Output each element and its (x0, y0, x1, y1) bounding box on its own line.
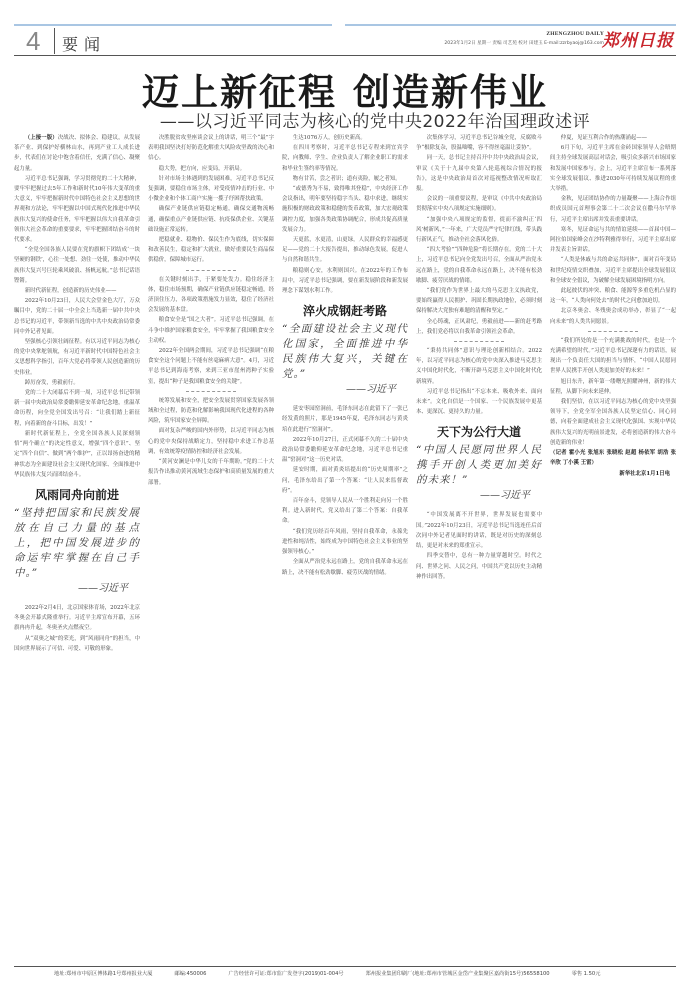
footer-postcode: 邮编:450006 (174, 970, 206, 977)
paragraph: 我们坚信，在以习近平同志为核心的党中央坚强领导下，全党全军全国各族人民坚定信心、… (550, 397, 676, 448)
paragraph: 党的二十大闭幕后不到一周，习近平总书记带领新一届中央政治局常委瞻仰延安革命纪念地… (14, 388, 140, 429)
page-number: 4 (26, 26, 40, 56)
pull-quote: “全面建设社会主义现代化国家，全面推进中华民族伟大复兴，关键在党。” (282, 322, 408, 382)
section-title: 天下为公行大道 (416, 421, 542, 443)
paragraph: 新时代新征程上，全党全国各族人民深刻领悟“两个确立”的决定性意义，增强“四个意识… (14, 429, 140, 480)
paragraph: “全党全国各族人民要在党的旗帜下团结成‘一块坚硬的钢铁’，心往一处想、劲往一处使… (14, 245, 140, 286)
column-5: 仲夏，见证互利合作的热潮涌起—— 6月下旬，习近平主席在金砖国家领导人会晤期间主… (550, 133, 676, 963)
masthead-meta: 2023年1月2日 星期一 责编 司艺苑 校对 田建玉 E-mail:zzrby… (444, 40, 604, 46)
paragraph: 粮稳则心安，水利则国兴。在2022年的工作布局中，习近平总书记强调，要在新发展阶… (282, 266, 408, 297)
paragraph: 生达1076万人，创历史新高。 (282, 133, 408, 143)
paragraph: 寒冬，见证命运与共的情谊延续——首届中国—阿拉伯国家峰会在沙特利雅得举行，习近平… (550, 225, 676, 256)
reporter-byline: （记者 霍小光 张旭东 张晓松 赵超 杨依军 胡浩 张辛欣 丁小溪 王雷） (550, 448, 676, 468)
section-separator (148, 387, 274, 396)
column-3: 生达1076万人，创历史新高。 在四川考察时，习近平总书记专程来到宜宾学院，向教… (282, 133, 408, 963)
paragraph: 在关键时刻出手，于紧要处发力。稳住经济主体，稳住市场预期，确保产业链供应链稳定畅… (148, 275, 274, 316)
footer-printer: 郑州报业集团印刷厂(地址:郑州市管城区金岱产业集聚区嘉尚街15号)5655810… (366, 970, 550, 977)
paragraph: 金秋，见证团结协作的力量凝聚——上海合作组织成员国元首理事会第二十二次会议在撒马… (550, 194, 676, 225)
paragraph: 物有甘苦，尝之者识；道有夷险，履之者知。 (282, 174, 408, 184)
paragraph: 从“双奥之城”的荣光，到“风雨同舟”的担当，中国向世界展示了可信、可爱、可敬的形… (14, 634, 140, 654)
footer-price: 零售 1.50元 (572, 970, 601, 977)
paragraph: 踔厉奋发，勇毅前行。 (14, 378, 140, 388)
paragraph: 同一天，总书记主持召开中共中央政治局会议，审议《关于十九届中央第八轮巡视综合情况… (416, 153, 542, 194)
continued-label: （上接一版） (25, 135, 58, 141)
column-1: （上接一版）决战决、拟体会、稳建议，从发展茶产业、到保护好横林山水，再到产业工人… (14, 133, 140, 963)
paragraph: 四季交替中，总有一种力量穿越时空。时代之问、世界之问、人民之问，中国共产党以历史… (416, 551, 542, 582)
paragraph: 2022年10月23日，人民大会堂金色大厅，万众瞩目中，党的二十届一中全会上当选… (14, 296, 140, 337)
paragraph: “黄河安澜是中华儿女的千年期盼。”党的二十大报告作出推动黄河流域生态保护和高质量… (148, 457, 274, 488)
page-footer: 地址:郑州市中原区博体路1号郑州报业大厦 邮编:450006 广告经营许可证:郑… (14, 966, 676, 980)
paragraph: 会议的一项重要议程，是审议《中共中央政治局贯彻落实中央八项规定实施细则》。 (416, 194, 542, 214)
paragraph: 粮食安全是“国之大者”。习近平总书记强调，在斗争中维护国家粮食安全，牢牢掌握了我… (148, 315, 274, 346)
dateline: 新华社北京1月1日电 (550, 469, 676, 479)
paragraph: 2022年2月4日，北京国家体育场，2022年北京冬奥会开幕式隆重举行。习近平主… (14, 603, 140, 634)
footer-address: 地址:郑州市中原区博体路1号郑州报业大厦 (54, 970, 152, 977)
paragraph: 把稳就业、稳物价、保民生作为底线，切实保障和改善民生，稳定和扩大就业，做好重要民… (148, 235, 274, 266)
section-name: 要闻 (62, 32, 106, 55)
quote-attribution: ——习近平 (282, 382, 408, 398)
paragraph: 全面从严治党永远在路上，党的自我革命永远在路上，决不能有松劲歇脚、疲劳厌战的情绪… (282, 557, 408, 577)
paragraph: “我们党历经百年风雨，坚持自我革命，永葆先进性和纯洁性，始终成为中国特色社会主义… (282, 527, 408, 558)
article-subheadline: ——以习近平同志为核心的党中央2022年治国理政述评 (0, 107, 690, 132)
paragraph: 次集体学习，习近平总书记谷城全党，反腐败斗争“根除复杂，股温咄嘴，容不得丝毫温让… (416, 133, 542, 153)
paragraph: 延安时期，面对黄炎培提出的“历史周期率”之问，毛泽东给出了第一个答案：“让人民来… (282, 465, 408, 496)
section-separator (416, 337, 542, 346)
paragraph: 习近平总书记强调，学习贯彻党的二十大精神，要牢牢把握过去5年工作和新时代10年伟… (14, 174, 140, 245)
section-separator (550, 327, 676, 336)
paragraph: 针对市场主体遇到的发展困难，习近平总书记反复强调，要稳住市场主体，对受疫情冲击的… (148, 174, 274, 205)
masthead-english: ZHENGZHOU DAILY (546, 31, 604, 37)
paragraph: 稳大势，把方向，应变局，开新局。 (148, 164, 274, 174)
paragraph: 百年奋斗，党领导人民从一个胜利走向另一个胜利。进入新时代，党又给出了第二个答案：… (282, 496, 408, 527)
paragraph: 坚强核心引领壮阔征程。有以习近平同志为核心的党中央掌舵领航，有习近平新时代中国特… (14, 337, 140, 378)
paragraph: 2022年全国两会期间，习近平总书记强调“在粮食安全这个问题上不能有丝毫麻痹大意… (148, 346, 274, 387)
footer-ad-license: 广告经营许可证:郑市监广发登字(2019)01-004号 (228, 970, 343, 977)
paragraph: 全心铸魂，正风肃纪，勇毅前进——新的赶考路上，我们党必将以自我革命引领社会革命。 (416, 317, 542, 337)
paragraph: 确保产业链供应链稳定畅通，确保交通物流畅通，确保重点产业链供应链、抗疫保供企业、… (148, 204, 274, 235)
paragraph: 仲夏，见证互利合作的热潮涌起—— (550, 133, 676, 143)
header-divider (54, 28, 55, 54)
paragraph: “或德秀为不易，致得唯其登稳”，中央经济工作会议指出，明年要坚持稳字当头、稳中求… (282, 184, 408, 235)
paragraph: 决胜脱贫攻坚座谈会议上的讲话，明三个“最”字表明我国坚决打好防范化解重大风险攻坚… (148, 133, 274, 164)
paragraph: 习近平总书记指出“不忘本来、吸收外来、面向未来”。文化自信是一个国家、一个民族发… (416, 387, 542, 418)
quote-attribution: ——习近平 (14, 581, 140, 597)
newspaper-logo: 郑州日报 (602, 26, 674, 51)
paragraph: 统筹发展和安全，把安全发展贯穿国家发展各领域和全过程，防范和化解影响我国现代化进… (148, 396, 274, 427)
paragraph: 在四川考察时，习近平总书记专程来到宜宾学院，向教师、学生、企业负责人了解企业职工… (282, 143, 408, 174)
article-body: （上接一版）决战决、拟体会、稳建议，从发展茶产业、到保护好横林山水，再到产业工人… (14, 133, 676, 963)
paragraph: 延安枣园窑洞前，毛泽东同志在此留下了一张已经发黄的照片，那是1945年夏，毛泽东… (282, 404, 408, 435)
section-title: 风雨同舟向前进 (14, 484, 140, 506)
paragraph: “中国发展离不开世界，世界发展也需要中国。”2022年10月23日，习近平总书记… (416, 510, 542, 551)
paragraph: “加强中央八项规定的监督，徙而不渝纠正‘四风’树新风，”一年来，广大党员严守纪律… (416, 215, 542, 246)
page-header: 4 要闻 ZHENGZHOU DAILY 2023年1月2日 星期一 责编 司艺… (14, 26, 676, 56)
section-title: 淬火成钢赶考路 (282, 300, 408, 322)
paragraph: 此起彼伏的冲突、粮食、能源等多重危机凸显的这一年，“人类向何处去”的时代之问愈加… (550, 286, 676, 306)
paragraph: 6月下旬，习近平主席在金砖国家领导人会晤期间主持全球发展高层对话会，吸引众多新兴… (550, 143, 676, 194)
paragraph: “人类是休戚与共的命运共同体”，面对百年变局和世纪疫情交织叠加，习近平主席提出全… (550, 255, 676, 286)
paragraph: 新时代新征程，创造新的历史伟业—— (14, 286, 140, 296)
paragraph: （上接一版）决战决、拟体会、稳建议，从发展茶产业、到保护好横林山水，再到产业工人… (14, 133, 140, 174)
paragraph: 天更蓝，水更清，山更绿，人民群众的幸福感更足——党的二十大报告提出，推动绿色发展… (282, 235, 408, 266)
paragraph: “四大考验”“四种危险”将长期存在。党的二十大上，习近平总书记向全党发出号召，全… (416, 245, 542, 286)
column-2: 决胜脱贫攻坚座谈会议上的讲话，明三个“最”字表明我国坚决打好防范化解重大风险攻坚… (148, 133, 274, 963)
quote-attribution: ——习近平 (416, 488, 542, 504)
paragraph: “秉持共同体”意识与理论创新相结合。2022年，以习近平同志为核心的党中央深入推… (416, 346, 542, 387)
paragraph: 面对复杂严峻的国内外形势，以习近平同志为核心的党中央保持战略定力，坚持稳中求进工… (148, 426, 274, 457)
column-4: 次集体学习，习近平总书记谷城全党，反腐败斗争“根除复杂，股温咄嘴，容不得丝毫温让… (416, 133, 542, 963)
paragraph: 2022年10月27日，正式闭幕不久的二十届中央政治局常委瞻仰延安革命纪念地，习… (282, 435, 408, 466)
paragraph: 旭日东升，新年第一缕曙光照耀神州，新的伟大征程，从脚下向未来延伸。 (550, 377, 676, 397)
pull-quote: “中国人民愿同世界人民携手开创人类更加美好的未来！” (416, 443, 542, 488)
paragraph: “我们党作为世界上最大的马克思主义执政党，要始终赢得人民拥护、巩固长期执政地位，… (416, 286, 542, 317)
pull-quote: “坚持把国家和民族发展放在自己力量的基点上，把中国发展进步的命运牢牢掌握在自己手… (14, 506, 140, 581)
paragraph: 北京冬奥会、冬残奥会成功举办，彰显了“一起向未来”的人类共同愿景。 (550, 306, 676, 326)
paragraph: “我们所处的是一个充满挑战的时代，也是一个充满希望的时代。”习近平总书记深邃有力… (550, 336, 676, 377)
section-separator (148, 266, 274, 275)
